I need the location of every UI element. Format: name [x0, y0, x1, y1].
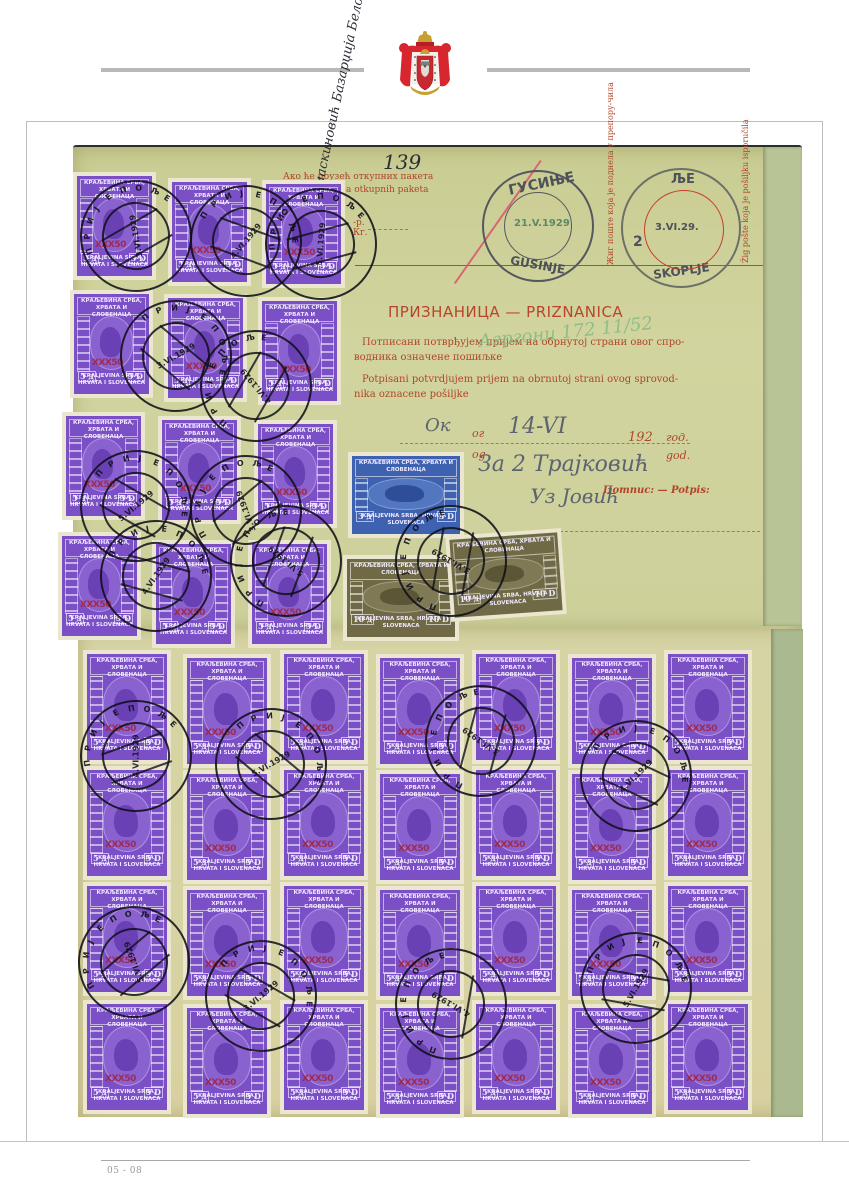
king-portrait: [311, 921, 335, 953]
stamp-header-text: КРАЉЕВИНА СРБА, ХРВАТА И СЛОВЕНАЦА: [671, 1007, 745, 1025]
form-edge-strip-bottom: [771, 629, 803, 1117]
king-portrait: [503, 1039, 527, 1071]
postage-stamp-5d: КРАЉЕВИНА СРБА, ХРВАТА И СЛОВЕНАЦАKRALJE…: [152, 540, 235, 648]
king-portrait: [380, 588, 418, 605]
stamp-header-text: КРАЉЕВИНА СРБА, ХРВАТА И СЛОВЕНАЦА: [671, 889, 745, 907]
postage-stamp-5d: КРАЉЕВИНА СРБА, ХРВАТА И СЛОВЕНАЦАKRALJE…: [183, 770, 271, 884]
postage-stamp-5d: КРАЉЕВИНА СРБА, ХРВАТА И СЛОВЕНАЦАKRALJE…: [183, 1004, 271, 1118]
postage-stamp-5d: КРАЉЕВИНА СРБА, ХРВАТА И СЛОВЕНАЦАKRALJE…: [258, 297, 341, 405]
receipt-text-latin-1: Potpisani potvrdjujem prijem na obrnutoj…: [362, 372, 678, 387]
king-portrait: [278, 577, 299, 606]
stamp-header-text: КРАЉЕВИНА СРБА, ХРВАТА И СЛОВЕНАЦА: [479, 773, 553, 791]
signature-rule: [555, 531, 760, 532]
stamp-header-text: КРАЉЕВИНА СРБА, ХРВАТА И СЛОВЕНАЦА: [287, 657, 361, 675]
overprint: XXX50: [186, 362, 217, 372]
overprint: XXX50: [494, 840, 525, 850]
postmark-gusinje: ГУСИЊЕ GUSINJE 21.V.1929: [482, 170, 594, 282]
overprint: XXX50: [494, 1074, 525, 1084]
stamp-header-text: КРАЉЕВИНА СРБА, ХРВАТА И СЛОВЕНАЦА: [165, 423, 234, 441]
overprint: XXX50: [590, 960, 621, 970]
stamp-header-text: КРАЉЕВИНА СРБА, ХРВАТА И СЛОВЕНАЦА: [159, 547, 228, 565]
date-rule: [400, 443, 690, 444]
overprint: XXX50: [302, 1074, 333, 1084]
overprint: XXX50: [205, 844, 236, 854]
overprint: XXX50: [284, 248, 315, 258]
king-portrait: [407, 925, 431, 957]
king-portrait: [385, 485, 423, 502]
stamp-header-text: КРАЉЕВИНА СРБА, ХРВАТА И СЛОВЕНАЦА: [575, 777, 649, 795]
stamp-header-text: КРАЉЕВИНА СРБА, ХРВАТА И СЛОВЕНАЦА: [65, 539, 134, 557]
king-portrait: [103, 209, 124, 238]
stamp-header-text: КРАЉЕВИНА СРБА, ХРВАТА И СЛОВЕНАЦА: [90, 1007, 164, 1025]
stamp-header-text: КРАЉЕВИНА СРБА, ХРВАТА И СЛОВЕНАЦА: [575, 661, 649, 679]
overprint: XXX50: [398, 960, 429, 970]
stamp-header-text: КРАЉЕВИНА СРБА, ХРВАТА И СЛОВЕНАЦА: [77, 297, 146, 315]
king-portrait: [284, 457, 305, 486]
receipt-text-cyrillic-2: водника означене пошиљке: [354, 350, 502, 365]
delivering-office-label: Žig pošte koja je pošiljku isporučila: [741, 153, 750, 263]
stamp-header-text: КРАЉЕВИНА СРБА, ХРВАТА И СЛОВЕНАЦА: [171, 301, 240, 319]
king-portrait: [599, 693, 623, 725]
form-header-line-2: а otkupnih paketa: [346, 185, 429, 195]
king-portrait: [407, 809, 431, 841]
stamp-header-text: КРАЉЕВИНА СРБА, ХРВАТА И СЛОВЕНАЦА: [269, 187, 338, 205]
postage-stamp-5d: КРАЉЕВИНА СРБА, ХРВАТА И СЛОВЕНАЦАKRALJE…: [280, 1000, 368, 1114]
overprint: XXX50: [105, 724, 136, 734]
overprint: XXX50: [205, 728, 236, 738]
postage-stamp-5d: КРАЉЕВИНА СРБА, ХРВАТА И СЛОВЕНАЦАKRALJE…: [168, 178, 251, 286]
postage-stamp-5d: КРАЉЕВИНА СРБА, ХРВАТА И СЛОВЕНАЦАKRALJE…: [280, 882, 368, 996]
stamp-header-text: КРАЉЕВИНА СРБА, ХРВАТА И СЛОВЕНАЦА: [90, 657, 164, 675]
stamp-header-text: КРАЉЕВИНА СРБА, ХРВАТА И СЛОВЕНАЦА: [90, 773, 164, 791]
king-portrait: [503, 805, 527, 837]
postage-stamp-5d: КРАЉЕВИНА СРБА, ХРВАТА И СЛОВЕНАЦАKRALJE…: [83, 1000, 171, 1114]
overprint: XXX50: [686, 840, 717, 850]
overprint: XXX50: [92, 358, 123, 368]
king-portrait: [198, 215, 219, 244]
postage-stamp-5d: КРАЉЕВИНА СРБА, ХРВАТА И СЛОВЕНАЦАKRALJE…: [183, 886, 271, 1000]
king-portrait: [292, 217, 313, 246]
coat-of-arms-icon: [396, 30, 454, 102]
king-portrait: [288, 334, 309, 363]
overprint: XXX50: [302, 956, 333, 966]
postage-stamp-3d: КРАЉЕВИНА СРБА, ХРВАТА И СЛОВЕНАЦАKRALJE…: [348, 452, 464, 538]
postage-stamp-5d: КРАЉЕВИНА СРБА, ХРВАТА И СЛОВЕНАЦАKRALJE…: [472, 1000, 560, 1114]
stamp-header-text: КРАЉЕВИНА СРБА, ХРВАТА И СЛОВЕНАЦА: [287, 773, 361, 791]
postage-stamp-5d: КРАЉЕВИНА СРБА, ХРВАТА И СЛОВЕНАЦАKRALJE…: [83, 766, 171, 880]
king-portrait: [695, 1039, 719, 1071]
king-portrait: [407, 1043, 431, 1075]
postage-stamp-5d: КРАЉЕВИНА СРБА, ХРВАТА И СЛОВЕНАЦАKRALJE…: [664, 882, 752, 996]
handwritten-recipient: За 2 Трајковић: [478, 452, 649, 477]
overprint: XXX50: [180, 484, 211, 494]
stamp-header-text: КРАЉЕВИНА СРБА, ХРВАТА И СЛОВЕНАЦА: [671, 773, 745, 791]
king-portrait: [311, 1039, 335, 1071]
king-portrait: [503, 921, 527, 953]
overprint: XXX50: [398, 728, 429, 738]
stamp-header-text: КРАЉЕВИНА СРБА, ХРВАТА И СЛОВЕНАЦА: [190, 893, 264, 911]
king-portrait: [311, 689, 335, 721]
overprint: XXX50: [105, 840, 136, 850]
overprint: XXX50: [280, 365, 311, 375]
handwritten-number: 139: [383, 150, 421, 174]
stamp-header-text: КРАЉЕВИНА СРБА, ХРВАТА И СЛОВЕНАЦА: [190, 1011, 264, 1029]
overprint: XXX50: [276, 488, 307, 498]
stamp-header-text: КРАЉЕВИНА СРБА, ХРВАТА И СЛОВЕНАЦА: [479, 889, 553, 907]
postage-stamp-5d: КРАЉЕВИНА СРБА, ХРВАТА И СЛОВЕНАЦАKRALJE…: [664, 1000, 752, 1114]
postage-stamp-5d: КРАЉЕВИНА СРБА, ХРВАТА И СЛОВЕНАЦАKRALJE…: [376, 770, 464, 884]
king-portrait: [114, 689, 138, 721]
king-portrait: [485, 564, 525, 583]
receiving-office-label: Жиг поште која је поднела у препору-чила: [606, 155, 615, 265]
overprint: XXX50: [590, 1078, 621, 1088]
stamp-header-text: КРАЉЕВИНА СРБА, ХРВАТА И СЛОВЕНАЦА: [255, 547, 324, 565]
overprint: XXX50: [205, 1078, 236, 1088]
postage-stamp-5d: КРАЉЕВИНА СРБА, ХРВАТА И СЛОВЕНАЦАKRALJE…: [568, 1004, 656, 1118]
postage-stamp-5d: КРАЉЕВИНА СРБА, ХРВАТА И СЛОВЕНАЦАKRALJE…: [472, 766, 560, 880]
overprint: XXX50: [398, 1078, 429, 1088]
postage-stamp-5d: КРАЉЕВИНА СРБА, ХРВАТА И СЛОВЕНАЦАKRALJE…: [280, 650, 368, 764]
postage-stamp-5d: КРАЉЕВИНА СРБА, ХРВАТА И СЛОВЕНАЦАKRALJE…: [62, 412, 145, 520]
postage-stamp-5d: КРАЉЕВИНА СРБА, ХРВАТА И СЛОВЕНАЦАKRALJE…: [248, 540, 331, 648]
king-portrait: [599, 809, 623, 841]
postage-stamp-5d: КРАЉЕВИНА СРБА, ХРВАТА И СЛОВЕНАЦАKRALJE…: [376, 886, 464, 1000]
king-portrait: [695, 805, 719, 837]
header-rule-left: [101, 68, 364, 72]
form-edge-strip-top: [763, 147, 801, 626]
postage-stamp-5d: КРАЉЕВИНА СРБА, ХРВАТА И СЛОВЕНАЦАKRALJE…: [254, 420, 337, 528]
king-portrait: [114, 1039, 138, 1071]
handwritten-ok: Ок: [425, 415, 451, 436]
stamp-header-text: КРАЉЕВИНА СРБА, ХРВАТА И СЛОВЕНАЦА: [671, 657, 745, 675]
receipt-text-latin-2: nika oznacene pošiljke: [354, 387, 469, 402]
king-portrait: [114, 805, 138, 837]
stamp-header-text: КРАЉЕВИНА СРБА, ХРВАТА И СЛОВЕНАЦА: [287, 1007, 361, 1025]
postage-stamp-5d: КРАЉЕВИНА СРБА, ХРВАТА И СЛОВЕНАЦАKRALJE…: [568, 654, 656, 768]
king-portrait: [695, 921, 719, 953]
postage-stamp-5d: КРАЉЕВИНА СРБА, ХРВАТА И СЛОВЕНАЦАKRALJE…: [164, 294, 247, 402]
king-portrait: [695, 689, 719, 721]
king-portrait: [114, 921, 138, 953]
postage-stamp-5d: КРАЉЕВИНА СРБА, ХРВАТА И СЛОВЕНАЦАKRALJE…: [70, 290, 153, 398]
overprint: XXX50: [590, 844, 621, 854]
king-portrait: [214, 925, 238, 957]
postage-stamp-10d: КРАЉЕВИНА СРБА, ХРВАТА И СЛОВЕНАЦАKRALJE…: [445, 528, 567, 622]
king-portrait: [599, 925, 623, 957]
overprint: XXX50: [80, 600, 111, 610]
stamp-header-text: КРАЉЕВИНА СРБА, ХРВАТА И СЛОВЕНАЦА: [383, 661, 457, 679]
stamp-header-text: КРАЉЕВИНА СРБА, ХРВАТА И СЛОВЕНАЦА: [383, 777, 457, 795]
overprint: XXX50: [190, 246, 221, 256]
page-number: 05 - 08: [107, 1166, 142, 1176]
king-portrait: [188, 453, 209, 482]
stamp-header-text: КРАЉЕВИНА СРБА, ХРВАТА И СЛОВЕНАЦА: [261, 427, 330, 445]
form-header-line-3: -р.: [353, 218, 365, 228]
stamp-header-text: КРАЉЕВИНА СРБА, ХРВАТА И СЛОВЕНАЦА: [383, 893, 457, 911]
stamp-header-text: КРАЉЕВИНА СРБА, ХРВАТА И СЛОВЕНАЦА: [190, 777, 264, 795]
header-rule-right: [487, 68, 750, 72]
overprint: XXX50: [686, 1074, 717, 1084]
postage-stamp-5d: КРАЉЕВИНА СРБА, ХРВАТА И СЛОВЕНАЦАKRALJE…: [158, 416, 241, 524]
god-lat: god.: [666, 449, 690, 462]
postage-stamp-5d: КРАЉЕВИНА СРБА, ХРВАТА И СЛОВЕНАЦАKRALJE…: [83, 650, 171, 764]
overprint: XXX50: [398, 844, 429, 854]
stamp-header-text: КРАЉЕВИНА СРБА, ХРВАТА И СЛОВЕНАЦА: [453, 536, 556, 561]
stamp-header-text: КРАЉЕВИНА СРБА, ХРВАТА И СЛОВЕНАЦА: [175, 185, 244, 203]
postage-stamp-5d: КРАЉЕВИНА СРБА, ХРВАТА И СЛОВЕНАЦАKRALJE…: [83, 882, 171, 996]
handwritten-date: 14-VI: [508, 414, 566, 439]
king-portrait: [194, 331, 215, 360]
postage-stamp-5d: КРАЉЕВИНА СРБА, ХРВАТА И СЛОВЕНАЦАKRALJE…: [73, 172, 156, 280]
postage-stamp-5d: КРАЉЕВИНА СРБА, ХРВАТА И СЛОВЕНАЦАKRALJE…: [376, 654, 464, 768]
postage-stamp-5d: КРАЉЕВИНА СРБА, ХРВАТА И СЛОВЕНАЦАKRALJE…: [664, 766, 752, 880]
stamp-header-text: КРАЉЕВИНА СРБА, ХРВАТА И СЛОВЕНАЦА: [479, 657, 553, 675]
overprint: XXX50: [302, 840, 333, 850]
king-portrait: [100, 327, 121, 356]
form-field-rule: [368, 229, 408, 230]
stamp-header-text: КРАЉЕВИНА СРБА, ХРВАТА И СЛОВЕНАЦА: [265, 304, 334, 322]
form-header-line-4: Кг.: [353, 228, 368, 238]
overprint: XXX50: [174, 608, 205, 618]
postage-stamp-5d: КРАЉЕВИНА СРБА, ХРВАТА И СЛОВЕНАЦАKRALJE…: [664, 650, 752, 764]
overprint: XXX50: [686, 724, 717, 734]
postage-stamp-5d: КРАЉЕВИНА СРБА, ХРВАТА И СЛОВЕНАЦАKRALJE…: [376, 1004, 464, 1118]
postage-stamp-5d: КРАЉЕВИНА СРБА, ХРВАТА И СЛОВЕНАЦАKRALJE…: [472, 882, 560, 996]
footer-rule-inner: [101, 1160, 750, 1161]
stamp-header-text: КРАЉЕВИНА СРБА, ХРВАТА И СЛОВЕНАЦА: [355, 459, 457, 477]
postage-stamp-5d: КРАЉЕВИНА СРБА, ХРВАТА И СЛОВЕНАЦАKRALJE…: [472, 650, 560, 764]
postage-stamp-5d: КРАЉЕВИНА СРБА, ХРВАТА И СЛОВЕНАЦАKRALJE…: [183, 654, 271, 768]
postage-stamp-5d: КРАЉЕВИНА СРБА, ХРВАТА И СЛОВЕНАЦАKRALJE…: [568, 886, 656, 1000]
stamp-header-text: КРАЉЕВИНА СРБА, ХРВАТА И СЛОВЕНАЦА: [90, 889, 164, 907]
form-title: ПРИЗНАНИЦА — PRIZNANICA: [388, 303, 623, 321]
postage-stamp-5d: КРАЉЕВИНА СРБА, ХРВАТА И СЛОВЕНАЦАKRALJE…: [280, 766, 368, 880]
king-portrait: [599, 1043, 623, 1075]
king-portrait: [503, 689, 527, 721]
delivery-office-circle: [644, 190, 724, 270]
king-portrait: [88, 569, 109, 598]
stamp-header-text: КРАЉЕВИНА СРБА, ХРВАТА И СЛОВЕНАЦА: [287, 889, 361, 907]
overprint: XXX50: [84, 480, 115, 490]
stamp-header-text: КРАЉЕВИНА СРБА, ХРВАТА И СЛОВЕНАЦА: [69, 419, 138, 437]
king-portrait: [407, 693, 431, 725]
overprint: XXX50: [590, 728, 621, 738]
postage-stamp-5d: КРАЉЕВИНА СРБА, ХРВАТА И СЛОВЕНАЦАKRALJE…: [568, 770, 656, 884]
postage-stamp-5d: КРАЉЕВИНА СРБА, ХРВАТА И СЛОВЕНАЦАKRALJE…: [58, 532, 141, 640]
overprint: XXX50: [686, 956, 717, 966]
stamp-header-text: КРАЉЕВИНА СРБА, ХРВАТА И СЛОВЕНАЦА: [350, 562, 452, 580]
stamp-header-text: КРАЉЕВИНА СРБА, ХРВАТА И СЛОВЕНАЦА: [479, 1007, 553, 1025]
date-og-cyr: ог: [472, 427, 484, 440]
overprint: XXX50: [105, 1074, 136, 1084]
postage-stamp-5d: КРАЉЕВИНА СРБА, ХРВАТА И СЛОВЕНАЦАKRALJE…: [262, 180, 345, 288]
stamp-header-text: КРАЉЕВИНА СРБА, ХРВАТА И СЛОВЕНАЦА: [575, 1011, 649, 1029]
overprint: XXX50: [205, 960, 236, 970]
stamp-header-text: КРАЉЕВИНА СРБА, ХРВАТА И СЛОВЕНАЦА: [383, 1011, 457, 1029]
king-portrait: [214, 693, 238, 725]
king-portrait: [311, 805, 335, 837]
overprint: XXX50: [105, 956, 136, 966]
postage-stamp-10d: КРАЉЕВИНА СРБА, ХРВАТА И СЛОВЕНАЦАKRALJE…: [343, 555, 459, 641]
stamp-header-text: КРАЉЕВИНА СРБА, ХРВАТА И СЛОВЕНАЦА: [575, 893, 649, 911]
king-portrait: [214, 1043, 238, 1075]
overprint: XXX50: [494, 956, 525, 966]
overprint: XXX50: [494, 724, 525, 734]
king-portrait: [92, 449, 113, 478]
overprint: XXX50: [95, 240, 126, 250]
king-portrait: [182, 577, 203, 606]
overprint: XXX50: [270, 608, 301, 618]
stamp-header-text: КРАЉЕВИНА СРБА, ХРВАТА И СЛОВЕНАЦА: [190, 661, 264, 679]
handwritten-signature: Уз Јовић: [530, 484, 619, 508]
overprint: XXX50: [302, 724, 333, 734]
stamp-header-text: КРАЉЕВИНА СРБА, ХРВАТА И СЛОВЕНАЦА: [80, 179, 149, 197]
king-portrait: [214, 809, 238, 841]
footer-rule-outer: [0, 1141, 849, 1142]
